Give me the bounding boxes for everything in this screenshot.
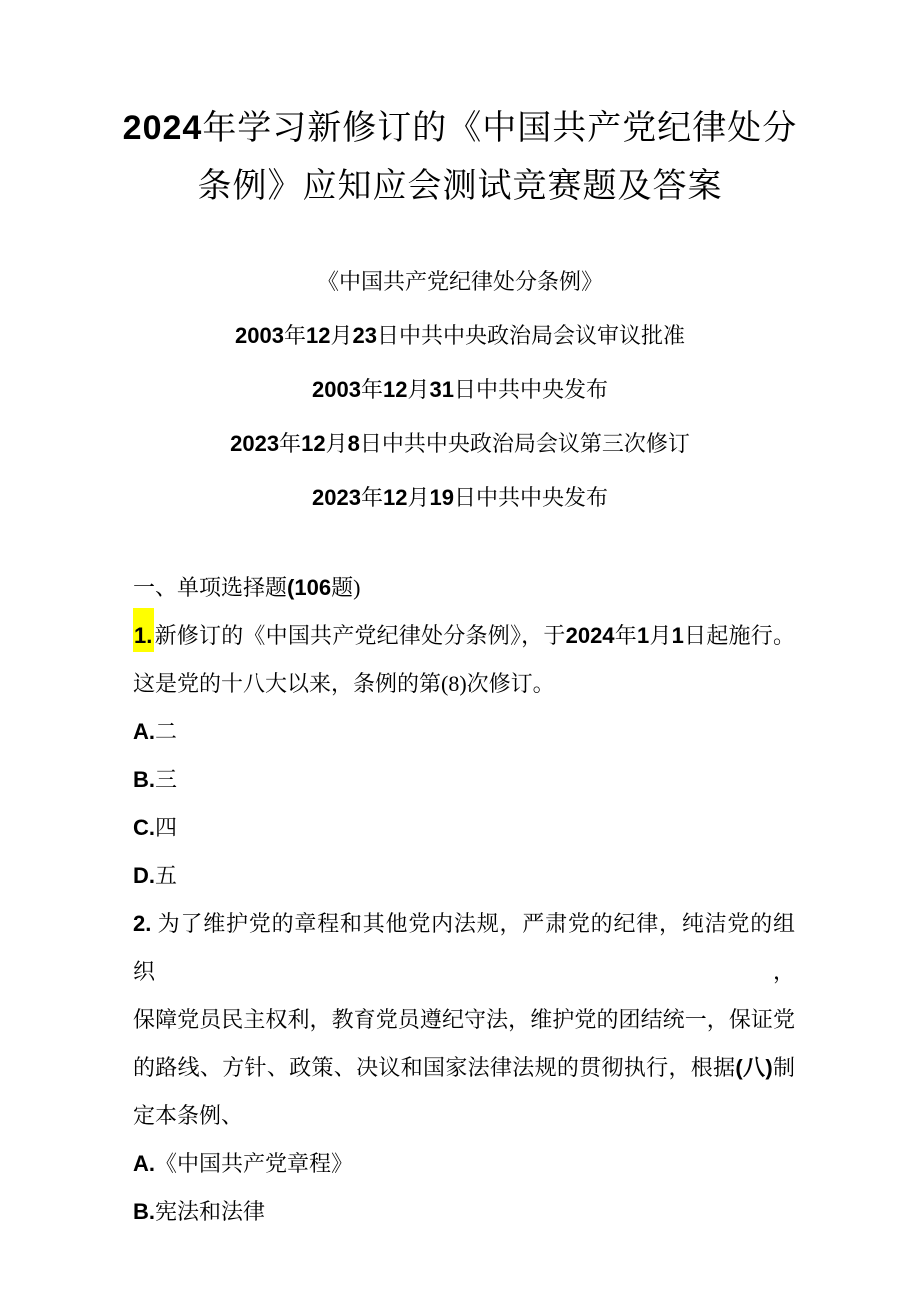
preamble-line: 2003年12月23日中共中央政治局会议审议批准 [0, 309, 920, 363]
title-line: 2024年学习新修订的《中国共产党纪律处分 [0, 99, 920, 158]
text-segment: 这是党的十八大以来，条例的第(8)次修订。 [133, 671, 555, 696]
body-line: B.三 [133, 756, 795, 804]
text-segment: 2023 [230, 431, 279, 456]
text-segment: 制 [773, 1055, 795, 1080]
text-segment: 为了维护党的章程和其他党内法规，严肃党的纪律，纯洁党的组织， [133, 911, 795, 984]
text-segment: 四 [155, 815, 177, 840]
body-line: 的路线、方针、政策、决议和国家法律法规的贯彻执行，根据(八)制 [133, 1044, 795, 1092]
text-segment: 1 [672, 623, 684, 648]
text-segment: 的路线、方针、政策、决议和国家法律法规的贯彻执行，根据 [133, 1055, 735, 1080]
text-segment: 《中国共产党纪律处分条例》 [317, 269, 603, 294]
text-segment: 19 [429, 485, 453, 510]
body-line: 一、单项选择题(106题) [133, 564, 795, 612]
text-segment: 2003 [312, 377, 361, 402]
text-segment: D. [133, 863, 155, 888]
body-line: D.五 [133, 852, 795, 900]
text-segment: 月 [649, 623, 671, 648]
question-body-block: 一、单项选择题(106题)1.新修订的《中国共产党纪律处分条例》，于2024年1… [0, 564, 920, 1236]
text-segment: 保障党员民主权利，教育党员遵纪守法，维护党的团结统一，保证党 [133, 1007, 795, 1032]
body-line: A.二 [133, 708, 795, 756]
text-segment: B. [133, 767, 155, 792]
text-segment: 宪法和法律 [155, 1199, 265, 1224]
text-segment: 《中国共产党章程》 [155, 1151, 353, 1176]
preamble-line: 2003年12月31日中共中央发布 [0, 363, 920, 417]
text-segment: C. [133, 815, 155, 840]
text-segment: 题) [331, 575, 360, 600]
text-segment: 三 [155, 767, 177, 792]
text-segment: 一、单项选择题 [133, 575, 287, 600]
text-segment: 日起施行。 [684, 623, 795, 648]
text-segment: (八) [735, 1055, 772, 1080]
body-line: 1.新修订的《中国共产党纪律处分条例》，于2024年1月1日起施行。 [133, 612, 795, 660]
text-segment: 12 [306, 323, 330, 348]
preamble-line: 2023年12月19日中共中央发布 [0, 471, 920, 525]
text-segment: 年学习新修订的《中国共产党纪律处分 [202, 110, 797, 147]
text-segment: (106 [287, 575, 331, 600]
preamble-block: 《中国共产党纪律处分条例》2003年12月23日中共中央政治局会议审议批准200… [0, 255, 920, 525]
text-segment: 日中共中央发布 [454, 485, 608, 510]
document-title: 2024年学习新修订的《中国共产党纪律处分条例》应知应会测试竞赛题及答案 [0, 0, 920, 216]
text-segment: 定本条例、 [133, 1103, 243, 1128]
highlight-marker: 1. [133, 608, 154, 652]
title-line: 条例》应知应会测试竞赛题及答案 [0, 158, 920, 216]
text-segment: 新修订的《中国共产党纪律处分条例》，于 [154, 623, 565, 648]
text-segment: 12 [301, 431, 325, 456]
text-segment: 年 [361, 377, 383, 402]
text-segment: A. [133, 719, 155, 744]
text-segment: B. [133, 1199, 155, 1224]
body-line: 这是党的十八大以来，条例的第(8)次修订。 [133, 660, 795, 708]
text-segment: 月 [407, 377, 429, 402]
text-segment: 23 [352, 323, 376, 348]
body-line: B.宪法和法律 [133, 1188, 795, 1236]
body-line: 定本条例、 [133, 1092, 795, 1140]
preamble-line: 《中国共产党纪律处分条例》 [0, 255, 920, 309]
text-segment: 条例》应知应会测试竞赛题及答案 [198, 168, 723, 205]
text-segment: 2024 [123, 109, 203, 147]
text-segment: 月 [326, 431, 348, 456]
text-segment: 2023 [312, 485, 361, 510]
text-segment: 月 [330, 323, 352, 348]
text-segment: 2. [133, 911, 151, 936]
text-segment: A. [133, 1151, 155, 1176]
text-segment: 2003 [235, 323, 284, 348]
text-segment: 1 [637, 623, 649, 648]
body-line: 保障党员民主权利，教育党员遵纪守法，维护党的团结统一，保证党 [133, 996, 795, 1044]
text-segment: 年 [361, 485, 383, 510]
text-segment: 年 [279, 431, 301, 456]
body-line: A.《中国共产党章程》 [133, 1140, 795, 1188]
text-segment: 8 [348, 431, 360, 456]
text-segment: 日中共中央发布 [454, 377, 608, 402]
document-page: 2024年学习新修订的《中国共产党纪律处分条例》应知应会测试竞赛题及答案 《中国… [0, 0, 920, 1301]
text-segment: 五 [155, 863, 177, 888]
text-segment: 年 [284, 323, 306, 348]
text-segment: 2024 [566, 623, 615, 648]
text-segment: 31 [429, 377, 453, 402]
text-segment: 日中共中央政治局会议第三次修订 [360, 431, 690, 456]
text-segment: 年 [615, 623, 637, 648]
body-line: 2. 为了维护党的章程和其他党内法规，严肃党的纪律，纯洁党的组织， [133, 900, 795, 996]
preamble-line: 2023年12月8日中共中央政治局会议第三次修订 [0, 417, 920, 471]
body-line: C.四 [133, 804, 795, 852]
text-segment: 12 [383, 377, 407, 402]
text-segment: 二 [155, 719, 177, 744]
text-segment: 月 [407, 485, 429, 510]
text-segment: 12 [383, 485, 407, 510]
text-segment: 日中共中央政治局会议审议批准 [377, 323, 685, 348]
